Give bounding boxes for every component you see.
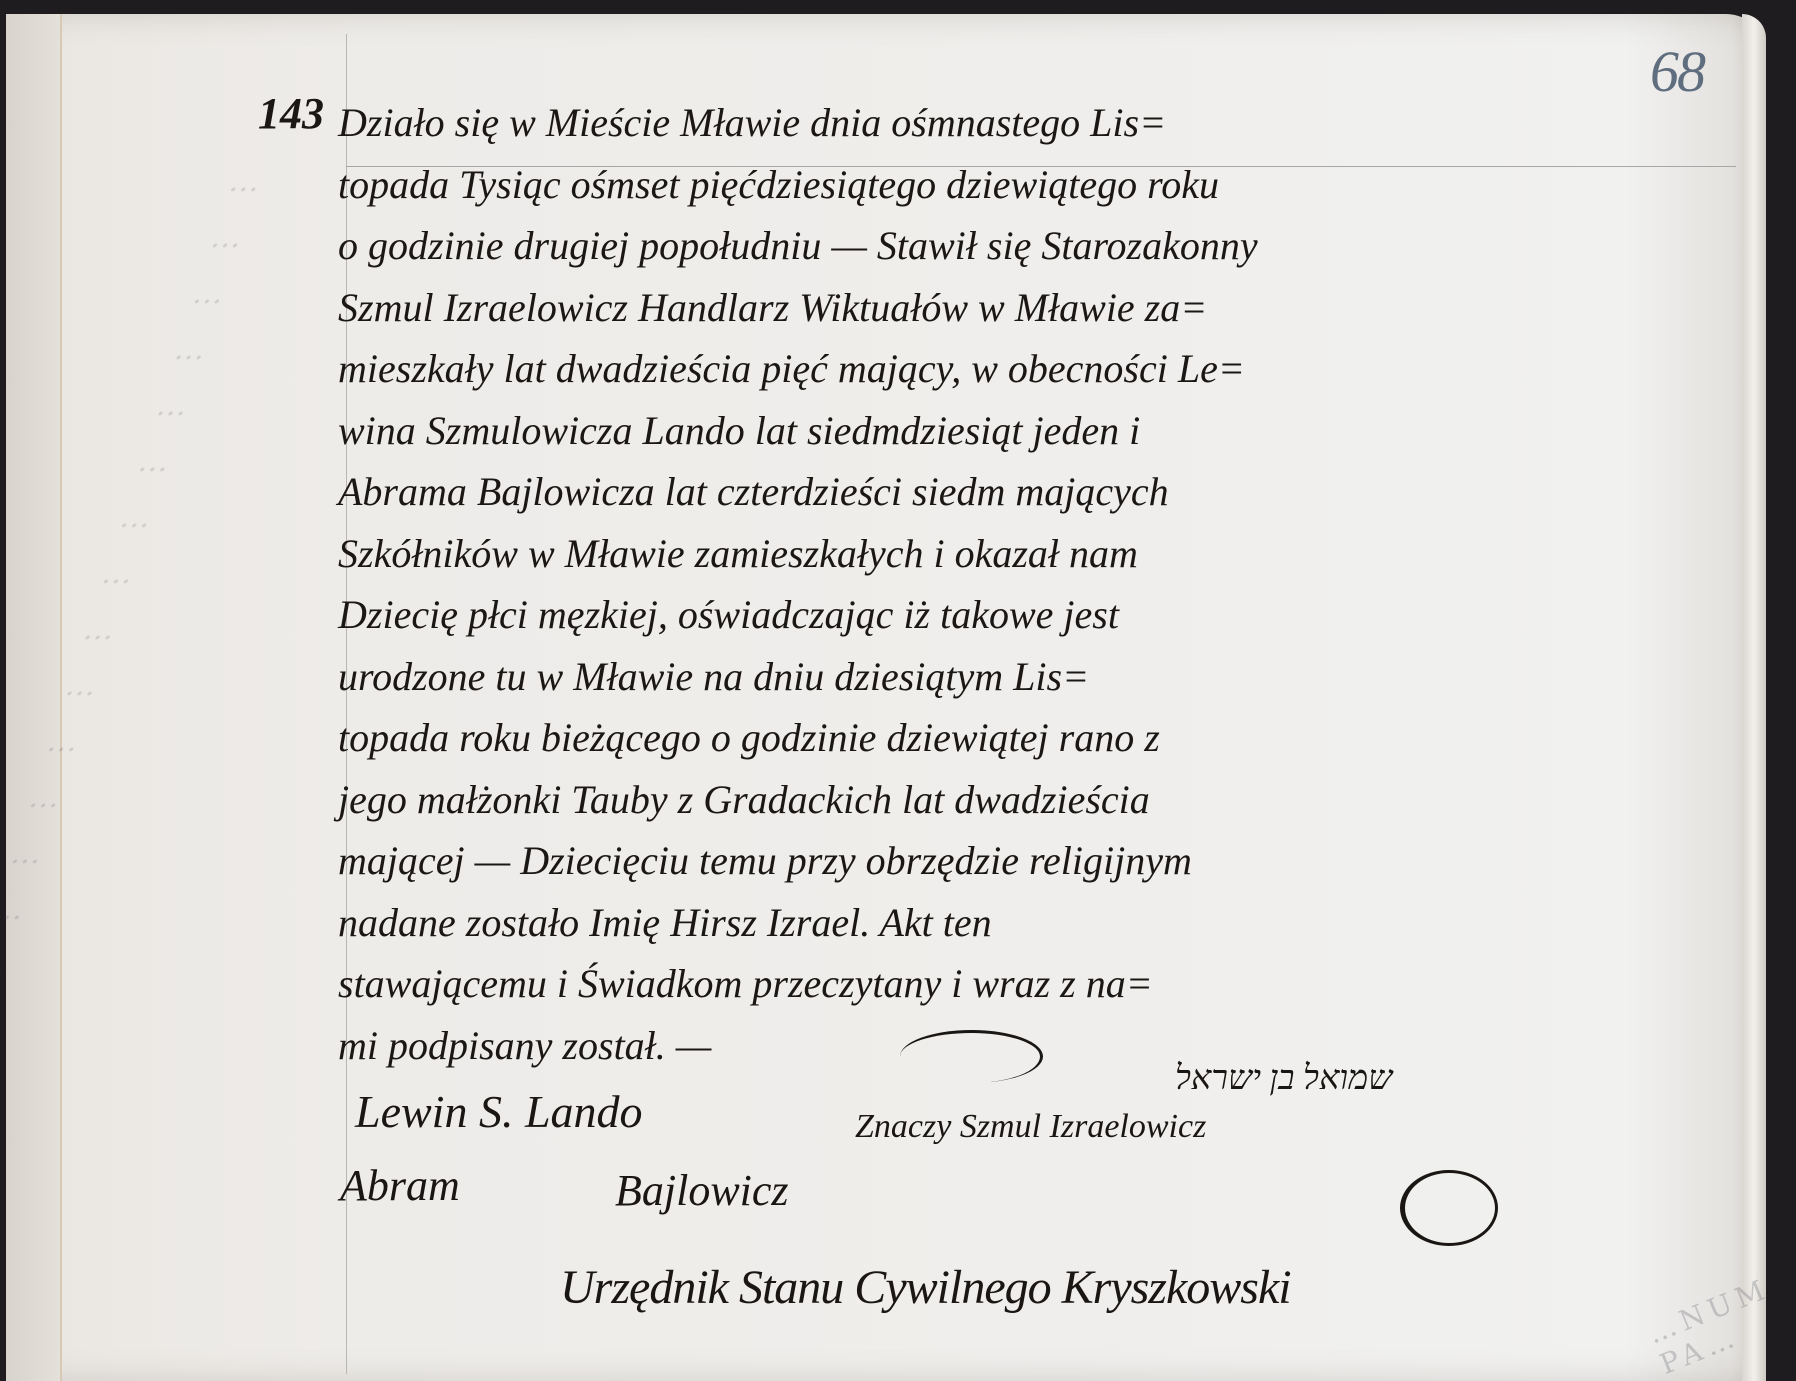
signature-witness-lando: Lewin S. Lando [355, 1085, 643, 1138]
signature-mark-note: Znaczy Szmul Izraelowicz [855, 1108, 1206, 1146]
signature-witness-bajlowicz: Bajlowicz [615, 1165, 789, 1216]
signature-hebrew: שמואל בן ישראל [1175, 1060, 1392, 1098]
record-line: Dziecię płci męzkiej, oświadczając iż ta… [338, 584, 1728, 646]
record-body: Działo się w Mieście Mławie dnia ośmnast… [338, 92, 1728, 1076]
previous-page-edge [6, 14, 62, 1381]
page-right-edge [1742, 14, 1766, 1381]
record-line-child-name: nadane zostało Imię Hirsz Izrael. Akt te… [338, 892, 1728, 954]
record-line: Szkółników w Mławie zamieszkałych i okaz… [338, 523, 1728, 585]
record-line: stawającemu i Świadkom przeczytany i wra… [338, 953, 1728, 1015]
record-line: Szmul Izraelowicz Handlarz Wiktuałów w M… [338, 277, 1728, 339]
signature-flourish-icon [900, 1030, 1043, 1083]
record-line: mającej — Dziecięciu temu przy obrzędzie… [338, 830, 1728, 892]
record-line: Działo się w Mieście Mławie dnia ośmnast… [338, 92, 1728, 154]
record-line: urodzone tu w Mławie na dniu dziesiątym … [338, 646, 1728, 708]
record-line: Abrama Bajlowicza lat czterdzieści siedm… [338, 461, 1728, 523]
signature-flourish-icon [1400, 1170, 1498, 1246]
entry-number: 143 [258, 88, 324, 139]
record-line: o godzinie drugiej popołudniu — Stawił s… [338, 215, 1728, 277]
signature-civil-registrar: Urzędnik Stanu Cywilnego Kryszkowski [560, 1260, 1291, 1315]
record-line: topada roku bieżącego o godzinie dziewią… [338, 707, 1728, 769]
record-line: wina Szmulowicza Lando lat siedmdziesiąt… [338, 400, 1728, 462]
record-line: jego małżonki Tauby z Gradackich lat dwa… [338, 769, 1728, 831]
record-line: topada Tysiąc ośmset pięćdziesiątego dzi… [338, 154, 1728, 216]
signature-witness-abram: Abram [340, 1160, 460, 1211]
record-line: mieszkały lat dwadzieścia pięć mający, w… [338, 338, 1728, 400]
